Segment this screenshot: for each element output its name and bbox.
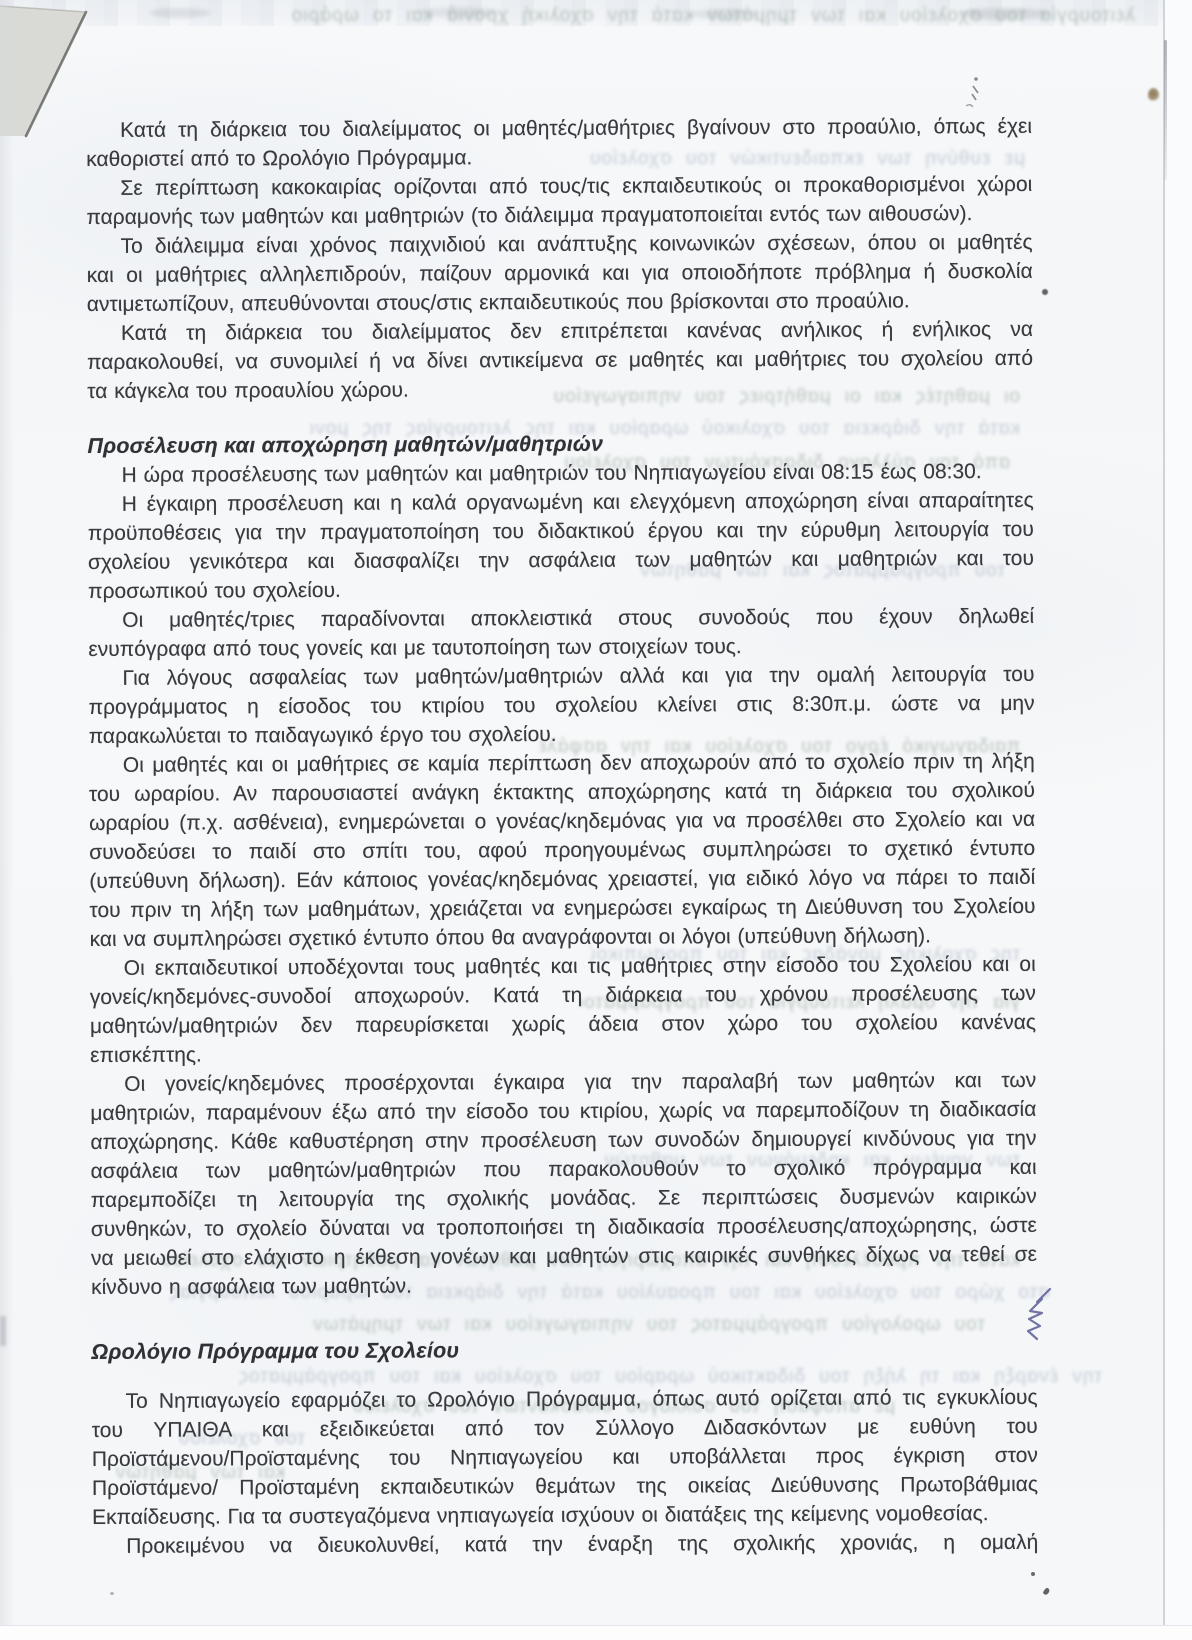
text-line: γονείς/κηδεμόνες-συνοδοί αποχωρούν. Κατά… [90, 979, 1036, 1012]
text-line: τα κάγκελα του προαυλίου χώρου. [87, 373, 1033, 406]
text-line: Κατά τη διάρκεια του διαλείμματος δεν επ… [87, 315, 1033, 348]
paragraph: Για λόγους ασφαλείας των μαθητών/μαθητρι… [88, 660, 1034, 751]
page-right-edge [1163, 0, 1192, 1640]
document-body: Κατά τη διάρκεια του διαλείμματος οι μαθ… [86, 112, 1038, 1561]
text-line: παρακολουθεί, να συνομιλεί ή να δίνει αν… [87, 344, 1033, 377]
text-line: επισκέπτης. [90, 1037, 1036, 1070]
text-line: προϋποθέσεις για την πραγματοποίηση του … [88, 515, 1034, 548]
section-heading: Ωρολόγιο Πρόγραμμα του Σχολείου [91, 1334, 1037, 1367]
text-line: προσωπικού του σχολείου. [88, 573, 1034, 606]
ink-speck [110, 1592, 114, 1595]
ink-speck-brown [1148, 88, 1159, 102]
text-line: Η έγκαιρη προσέλευση και η καλά οργανωμέ… [88, 486, 1034, 519]
text-line: Προκειμένου να διευκολυνθεί, κατά την έν… [92, 1528, 1038, 1561]
paragraph: Οι εκπαιδευτικοί υποδέχονται τους μαθητέ… [90, 950, 1036, 1070]
text-line: Προϊστάμενου/Προϊσταμένης του Νηπιαγωγεί… [92, 1441, 1038, 1474]
page-right-edge-shadow [1164, 40, 1167, 180]
paragraph: Οι μαθητές και οι μαθήτριες σε καμία περ… [89, 747, 1036, 954]
scan-smudge [150, 8, 210, 18]
paragraph: Κατά τη διάρκεια του διαλείμματος οι μαθ… [86, 112, 1032, 174]
scan-smudge [420, 7, 500, 18]
text-line: Οι μαθητές/τριες παραδίνονται αποκλειστι… [88, 602, 1034, 635]
scan-smudge [0, 1316, 6, 1346]
paragraph: Οι γονείς/κηδεμόνες προσέρχονται έγκαιρα… [90, 1066, 1037, 1302]
text-line: παρακωλύεται το παιδαγωγικό έργο του σχο… [89, 718, 1035, 751]
scan-smudge [960, 8, 1050, 20]
page-left-edge [0, 0, 14, 1640]
text-line: Σε περίπτωση κακοκαιρίας ορίζονται από τ… [86, 170, 1032, 203]
paragraph: Η ώρα προσέλευσης των μαθητών και μαθητρ… [88, 457, 1034, 490]
ink-speck [1042, 289, 1048, 295]
scanned-document-page: λειτουργία του σχολείου και των τμημάτων… [0, 0, 1192, 1640]
text-line: προγράμματος η είσοδος του κτιρίου του σ… [89, 689, 1035, 722]
text-line: (υπεύθυνη δήλωση). Εάν κάποιος γονέας/κη… [89, 863, 1035, 896]
text-line: να μειωθεί στο ελάχιστο η έκθεση γονέων … [91, 1240, 1037, 1273]
text-line: Οι γονείς/κηδεμόνες προσέρχονται έγκαιρα… [90, 1066, 1036, 1099]
text-line: του ωραρίου. Αν παρουσιαστεί ανάγκη έκτα… [89, 776, 1035, 809]
text-line: μαθητών/μαθητριών δεν παρευρίσκεται χωρί… [90, 1008, 1036, 1041]
paragraph: Οι μαθητές/τριες παραδίνονται αποκλειστι… [88, 602, 1034, 664]
text-line: Κατά τη διάρκεια του διαλείμματος οι μαθ… [86, 112, 1032, 145]
scan-smudge [690, 9, 760, 19]
text-line: Για λόγους ασφαλείας των μαθητών/μαθητρι… [88, 660, 1034, 693]
text-line: αποχώρησης. Κάθε καθυστέρηση στην προσέλ… [90, 1124, 1036, 1157]
text-line: ενυπόγραφα από τους γονείς και με ταυτοπ… [88, 631, 1034, 664]
text-line: αντιμετωπίζουν, απευθύνονται στους/στις … [87, 286, 1033, 319]
text-line: συνοδεύσει το παιδί στο σπίτι του, αφού … [89, 834, 1035, 867]
page-bottom-edge [0, 1625, 1192, 1640]
text-line: και να συμπληρώσει σχετικό έντυπο όπου θ… [90, 921, 1036, 954]
text-line: Προϊστάμενο/ Προϊσταμένη εκπαιδευτικών θ… [92, 1470, 1038, 1503]
text-line: του πριν τη λήξη των μαθημάτων, χρειάζετ… [89, 892, 1035, 925]
section-heading: Προσέλευση και αποχώρηση μαθητών/μαθητρι… [87, 428, 1033, 461]
pen-scribble [1006, 1286, 1062, 1348]
paragraph: Το Νηπιαγωγείο εφαρμόζει το Ωρολόγιο Πρό… [92, 1383, 1039, 1532]
text-line: Η ώρα προσέλευσης των μαθητών και μαθητρ… [88, 457, 1034, 490]
text-line: και οι μαθήτριες αλληλεπιδρούν, παίζουν … [87, 257, 1033, 290]
ink-speck [1031, 1572, 1035, 1576]
text-line: ασφάλεια των μαθητών/μαθητριών που παρακ… [91, 1153, 1037, 1186]
paragraph: Κατά τη διάρκεια του διαλείμματος δεν επ… [87, 315, 1033, 406]
page-corner-fold [0, 0, 140, 150]
paragraph: Το διάλειμμα είναι χρόνος παιχνιδιού και… [87, 228, 1033, 319]
text-line: καθοριστεί από το Ωρολόγιο Πρόγραμμα. [86, 141, 1032, 174]
text-line: παρεμποδίζει τη λειτουργία της σχολικής … [91, 1182, 1037, 1215]
paragraph: Προκειμένου να διευκολυνθεί, κατά την έν… [92, 1528, 1038, 1561]
text-line: παραμονής των μαθητών και μαθητριών (το … [86, 199, 1032, 232]
paragraph: Η έγκαιρη προσέλευση και η καλά οργανωμέ… [88, 486, 1034, 606]
ink-speck [1042, 1587, 1050, 1596]
text-line: Οι μαθητές και οι μαθήτριες σε καμία περ… [89, 747, 1035, 780]
text-line: του ΥΠΑΙΘΑ και εξειδικεύεται από τον Σύλ… [92, 1412, 1038, 1445]
text-line: Οι εκπαιδευτικοί υποδέχονται τους μαθητέ… [90, 950, 1036, 983]
text-line: σχολείου γενικότερα και διασφαλίζει την … [88, 544, 1034, 577]
text-line: ωραρίου (π.χ. ασθένεια), ενημερώνεται ο … [89, 805, 1035, 838]
text-line: Το Νηπιαγωγείο εφαρμόζει το Ωρολόγιο Πρό… [92, 1383, 1038, 1416]
text-line: συνθηκών, το σχολείο δύναται να τροποποι… [91, 1211, 1037, 1244]
paragraph: Σε περίπτωση κακοκαιρίας ορίζονται από τ… [86, 170, 1032, 232]
text-line: μαθητριών, παραμένουν έξω από την είσοδο… [90, 1095, 1036, 1128]
ink-tick-marks [962, 74, 988, 120]
text-line: Το διάλειμμα είναι χρόνος παιχνιδιού και… [87, 228, 1033, 261]
text-line: Εκπαίδευσης. Για τα συστεγαζόμενα νηπιαγ… [92, 1499, 1038, 1532]
text-line: κίνδυνο η ασφάλεια των μαθητών. [91, 1269, 1037, 1302]
